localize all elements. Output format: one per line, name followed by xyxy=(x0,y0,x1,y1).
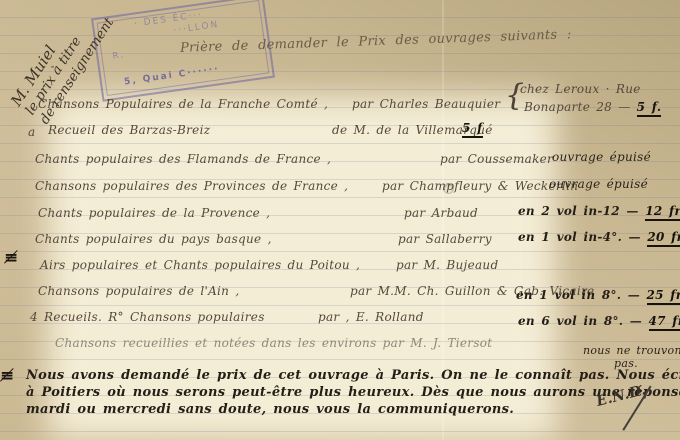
price-value: 25 frs xyxy=(647,288,680,305)
entry-title: 4 Recueils. R° Chansons populaires xyxy=(30,310,265,324)
entry-title: Chansons recueillies et notées dans les … xyxy=(55,336,492,350)
price-value: 12 frs xyxy=(645,204,680,221)
entry-format: en 1 vol in 8°. — xyxy=(516,288,647,302)
price-value: 5 f. xyxy=(637,100,662,117)
entry-author: par M. Bujeaud xyxy=(396,258,498,272)
entry-title: Chansons populaires de l'Ain , xyxy=(38,284,239,298)
margin-mark: ≢ xyxy=(0,366,14,386)
footnote-line: mardi ou mercredi sans doute, nous vous … xyxy=(26,402,514,417)
entry-author: par Coussemaker xyxy=(440,152,553,166)
margin-mark: ≢ xyxy=(4,248,18,268)
price-value: 20 frs. xyxy=(647,230,680,247)
entry-title: Chants populaires du pays basque , xyxy=(35,232,272,246)
stamp-line-3: R. xyxy=(112,50,126,62)
entry-author: par Charles Beauquier xyxy=(352,97,500,111)
price-value: 5 f xyxy=(462,121,483,138)
vendor-address: Bonaparte 28 — xyxy=(524,100,631,114)
entry-title: Chansons Populaires de la Franche Comté … xyxy=(38,97,328,111)
entry-note: ouvrage épuisé xyxy=(549,177,648,191)
entry-note: nous ne trouvons xyxy=(583,344,680,357)
entry-title: Chansons populaires des Provinces de Fra… xyxy=(35,179,348,193)
entry-format: en 1 vol in-4°. — xyxy=(518,230,647,244)
vendor-note-line1: chez Leroux · Rue xyxy=(520,82,641,96)
footnote-line: à Poitiers où nous serons peut-être plus… xyxy=(26,385,680,400)
entry-title: Chants populaires de la Provence , xyxy=(38,206,270,220)
entry-note: ouvrage épuisé xyxy=(552,150,651,164)
entry-title: Recueil des Barzas-Breiz xyxy=(48,123,210,137)
vendor-note-line2: Bonaparte 28 — 5 f. xyxy=(524,100,661,114)
margin-letter: a xyxy=(28,125,35,139)
entry-author: par , E. Rolland xyxy=(318,310,424,324)
entry-format: en 6 vol in 8°. — xyxy=(518,314,649,328)
price-value: 47 frs. xyxy=(649,314,680,331)
entry-title: Airs populaires et Chants populaires du … xyxy=(40,258,360,272)
manuscript-page: · DES ÉC··· ···LLON R. 5, Quai C······ M… xyxy=(0,0,680,440)
entry-author: par Arbaud xyxy=(404,206,478,220)
entry-format: en 2 vol in-12 — xyxy=(518,204,645,218)
entry-author: par Sallaberry xyxy=(398,232,492,246)
entry-title: Chants populaires des Flamands de France… xyxy=(35,152,331,166)
footnote-line: Nous avons demandé le prix de cet ouvrag… xyxy=(26,368,680,383)
